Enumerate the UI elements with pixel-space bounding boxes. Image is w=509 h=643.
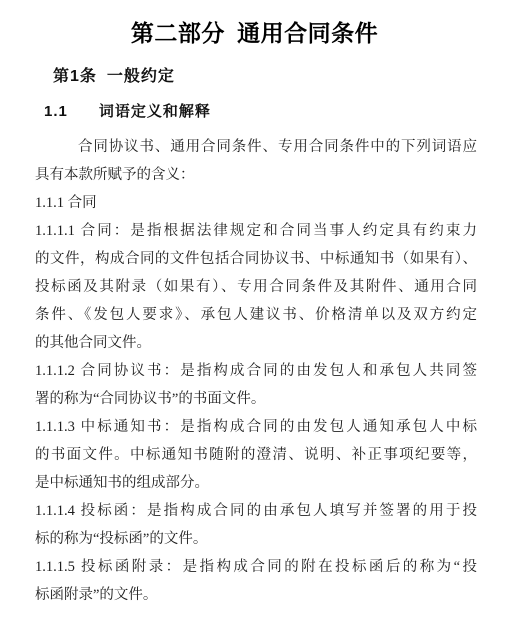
page-title: 第二部分 通用合同条件 <box>0 0 509 48</box>
intro-line: 合同协议书、通用合同条件、专用合同条件中的下列词语应 <box>35 133 477 161</box>
definition-line: 1.1.1.4 投标函：是指构成合同的由承包人填写并签署的用于投 <box>35 497 477 525</box>
clause-title: 词语定义和解释 <box>99 103 211 120</box>
definition-line: 条件、《发包人要求》、承包人建议书、价格清单以及双方约定 <box>35 301 477 329</box>
article-heading: 第1条一般约定 <box>53 67 509 87</box>
definition-line: 1.1.1.5 投标函附录：是指构成合同的附在投标函后的称为“投 <box>35 553 477 581</box>
definition-line: 是中标通知书的组成部分。 <box>35 469 477 497</box>
definition-line: 1.1.1.3 中标通知书：是指构成合同的由发包人通知承包人中标 <box>35 413 477 441</box>
definition-line: 署的称为“合同协议书”的书面文件。 <box>35 385 477 413</box>
definition-line: 1.1.1.1 合同：是指根据法律规定和合同当事人约定具有约束力 <box>35 217 477 245</box>
clause-number: 1.1 <box>44 103 68 120</box>
intro-line: 具有本款所赋予的含义： <box>35 161 477 189</box>
definition-line: 的文件，构成合同的文件包括合同协议书、中标通知书（如果有）、 <box>35 245 477 273</box>
definition-line: 标的称为“投标函”的文件。 <box>35 525 477 553</box>
body-text: 合同协议书、通用合同条件、专用合同条件中的下列词语应 具有本款所赋予的含义： 1… <box>35 133 477 609</box>
definition-line: 的书面文件。中标通知书随附的澄清、说明、补正事项纪要等， <box>35 441 477 469</box>
clause-heading: 1.1词语定义和解释 <box>44 102 509 122</box>
definition-line: 1.1.1.2 合同协议书：是指构成合同的由发包人和承包人共同签 <box>35 357 477 385</box>
article-title: 一般约定 <box>107 68 175 85</box>
subclause-heading: 1.1.1 合同 <box>35 189 477 217</box>
definition-line: 标函附录”的文件。 <box>35 581 477 609</box>
definition-line: 投标函及其附录（如果有）、专用合同条件及其附件、通用合同 <box>35 273 477 301</box>
definition-line: 的其他合同文件。 <box>35 329 477 357</box>
article-number: 第1条 <box>53 68 97 85</box>
document-page: 第二部分 通用合同条件 第1条一般约定 1.1词语定义和解释 合同协议书、通用合… <box>0 0 509 643</box>
